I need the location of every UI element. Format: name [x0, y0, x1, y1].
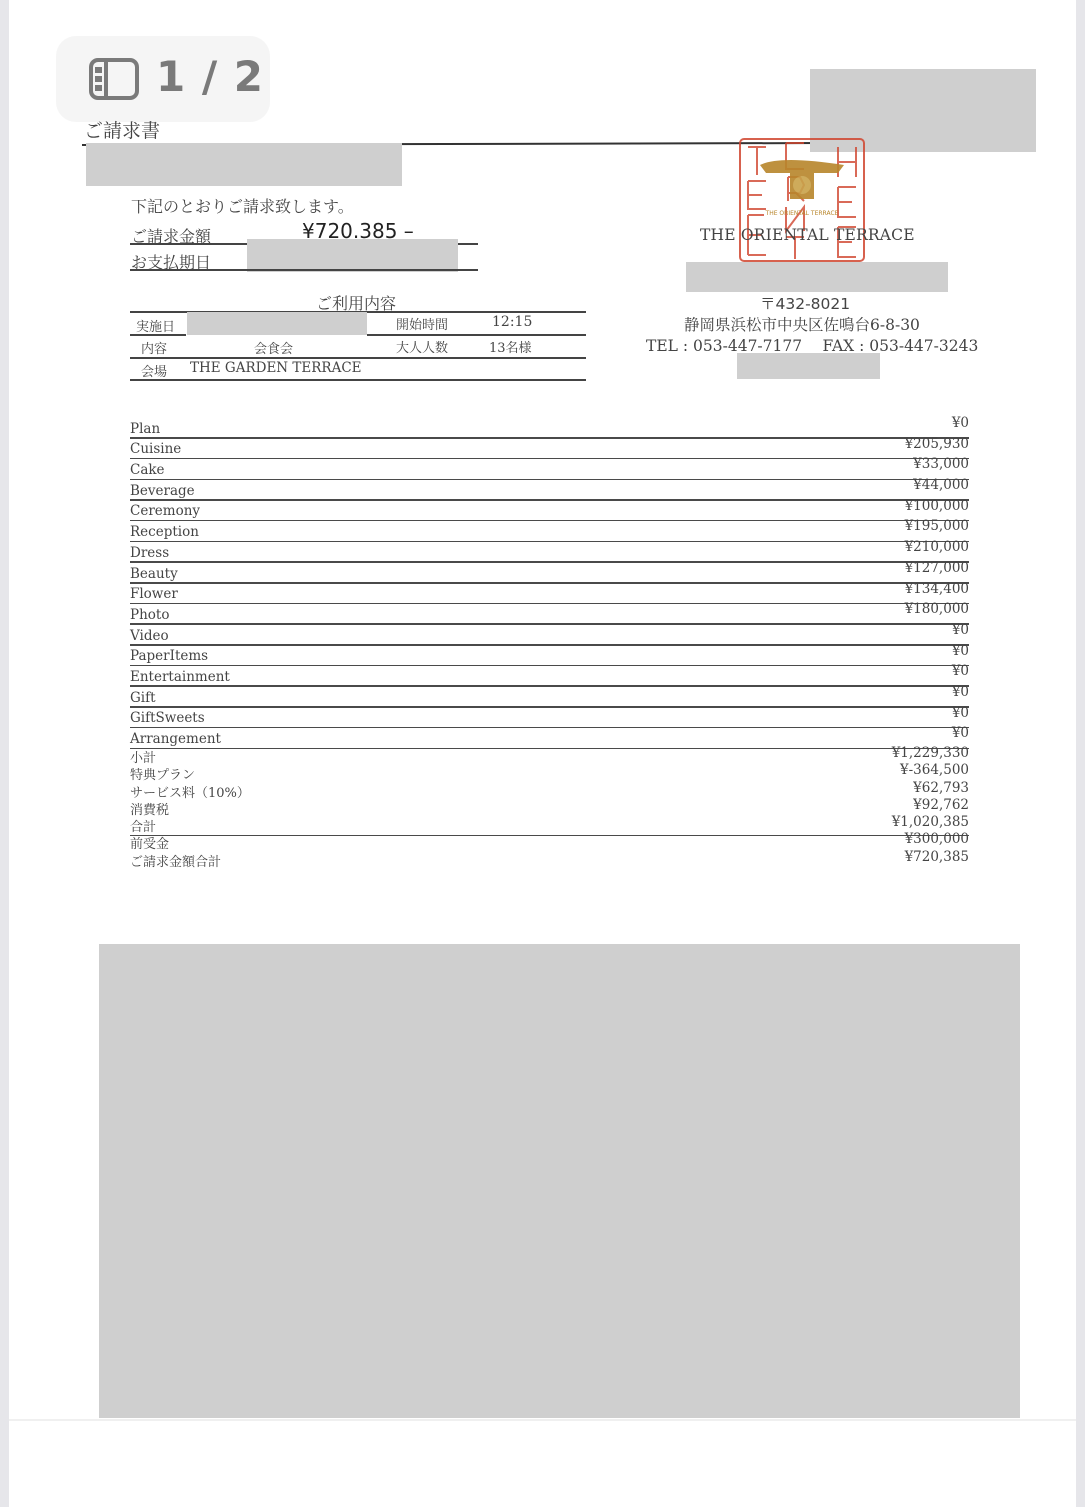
summary-row: 前受金¥300,000: [130, 836, 969, 853]
company-seal-stamp: THE ORIENTAL TERRACE: [738, 137, 866, 263]
summary-label: ご請求金額合計: [130, 855, 221, 870]
item-value: ¥134,400: [905, 582, 969, 597]
item-value: ¥44,000: [913, 478, 969, 493]
summary-row: 小計¥1,229,330: [130, 750, 969, 767]
summary-row: 特典プラン¥-364,500: [130, 767, 969, 784]
item-value: ¥195,000: [905, 519, 969, 534]
item-value: ¥0: [952, 416, 969, 431]
item-label: Flower: [130, 587, 178, 602]
table-row: PaperItems¥0: [130, 644, 969, 665]
item-label: Cuisine: [130, 442, 181, 457]
table-row: Cake¥33,000: [130, 457, 969, 478]
summary-table: 小計¥1,229,330特典プラン¥-364,500サービス料（10%）¥62,…: [130, 750, 969, 871]
itemized-charges-table: Plan¥0Cuisine¥205,930Cake¥33,000Beverage…: [130, 416, 969, 747]
start-time-value: 12:15: [492, 314, 532, 330]
page-indicator-text: 1 / 2: [156, 52, 264, 101]
table-row: GiftSweets¥0: [130, 706, 969, 727]
item-label: Arrangement: [130, 732, 221, 747]
item-label: Beverage: [130, 484, 195, 499]
summary-label: 前受金: [130, 837, 169, 852]
item-label: GiftSweets: [130, 711, 205, 726]
page-indicator-badge[interactable]: 1 / 2: [56, 36, 270, 122]
summary-label: 特典プラン: [130, 768, 195, 783]
page-edge: [9, 1419, 1076, 1421]
table-row: Dress¥210,000: [130, 540, 969, 561]
usage-rule-2: [130, 357, 586, 359]
summary-label: 消費税: [130, 803, 169, 818]
summary-value: ¥-364,500: [900, 763, 969, 778]
company-address: 静岡県浜松市中央区佐鳴台6-8-30: [684, 313, 920, 335]
item-value: ¥180,000: [905, 602, 969, 617]
table-row: Video¥0: [130, 623, 969, 644]
summary-label: 小計: [130, 751, 156, 766]
oriental-terrace-logo: [760, 160, 844, 199]
event-date-label: 実施日: [136, 316, 175, 335]
item-value: ¥0: [952, 644, 969, 659]
summary-row: ご請求金額合計¥720,385: [130, 854, 969, 871]
summary-value: ¥1,020,385: [892, 815, 969, 830]
item-value: ¥127,000: [905, 561, 969, 576]
item-label: Dress: [130, 546, 169, 561]
summary-row: 消費税¥92,762: [130, 802, 969, 819]
adults-value: 13名様: [489, 337, 532, 356]
table-row: Plan¥0: [130, 416, 969, 437]
venue-value: THE GARDEN TERRACE: [190, 360, 362, 376]
viewer-frame-right: [1076, 0, 1085, 1507]
viewer-frame-left: [0, 0, 9, 1507]
table-row: Reception¥195,000: [130, 519, 969, 540]
due-date-underline: [130, 269, 478, 271]
start-time-label: 開始時間: [396, 314, 448, 333]
content-label: 内容: [141, 338, 167, 357]
item-label: Photo: [130, 608, 169, 623]
item-value: ¥0: [952, 623, 969, 638]
table-row: Ceremony¥100,000: [130, 499, 969, 520]
item-label: PaperItems: [130, 649, 208, 664]
company-name: THE ORIENTAL TERRACE: [700, 226, 915, 244]
usage-rule-1a: [130, 334, 186, 336]
table-row: Entertainment¥0: [130, 664, 969, 685]
summary-label: サービス料（10%）: [130, 786, 250, 801]
summary-row: 合計¥1,020,385: [130, 819, 969, 836]
redacted-company-extra: [737, 353, 880, 379]
item-value: ¥33,000: [913, 457, 969, 472]
item-label: Reception: [130, 525, 199, 540]
summary-value: ¥720,385: [905, 850, 969, 865]
table-row: Beauty¥127,000: [130, 561, 969, 582]
summary-value: ¥1,229,330: [892, 746, 969, 761]
intro-text: 下記のとおりご請求致します。: [131, 194, 354, 217]
item-value: ¥205,930: [905, 437, 969, 452]
item-value: ¥0: [952, 706, 969, 721]
company-postal-code: 〒432-8021: [760, 292, 850, 314]
table-row: Cuisine¥205,930: [130, 437, 969, 458]
redacted-due-date: [247, 239, 458, 272]
redacted-event-date: [187, 312, 367, 335]
adults-label: 大人人数: [396, 337, 448, 356]
item-label: Plan: [130, 422, 160, 437]
item-value: ¥0: [952, 726, 969, 741]
venue-label: 会場: [141, 361, 167, 380]
summary-value: ¥300,000: [905, 832, 969, 847]
summary-value: ¥62,793: [913, 781, 969, 796]
table-row: Arrangement¥0: [130, 726, 969, 747]
item-label: Gift: [130, 691, 156, 706]
item-label: Ceremony: [130, 504, 200, 519]
item-label: Beauty: [130, 567, 178, 582]
item-value: ¥0: [952, 664, 969, 679]
usage-rule-1b: [367, 334, 586, 336]
redacted-company-rep: [686, 262, 948, 292]
item-label: Cake: [130, 463, 165, 478]
table-row: Beverage¥44,000: [130, 478, 969, 499]
content-value: 会食会: [254, 338, 293, 357]
item-label: Video: [130, 629, 169, 644]
summary-value: ¥92,762: [913, 798, 969, 813]
item-value: ¥0: [952, 685, 969, 700]
summary-row: サービス料（10%）¥62,793: [130, 785, 969, 802]
summary-label: 合計: [130, 820, 156, 835]
table-row: Gift¥0: [130, 685, 969, 706]
redacted-bottom-section: [99, 944, 1020, 1418]
item-value: ¥100,000: [905, 499, 969, 514]
row-divider: [130, 748, 969, 750]
item-label: Entertainment: [130, 670, 230, 685]
document-title: ご請求書: [84, 116, 160, 143]
table-row: Photo¥180,000: [130, 602, 969, 623]
table-row: Flower¥134,400: [130, 582, 969, 603]
sidebar-pages-icon: [89, 58, 139, 100]
item-value: ¥210,000: [905, 540, 969, 555]
usage-rule-bottom: [130, 379, 586, 381]
svg-text:THE ORIENTAL TERRACE: THE ORIENTAL TERRACE: [765, 210, 839, 217]
redacted-recipient: [86, 143, 402, 186]
